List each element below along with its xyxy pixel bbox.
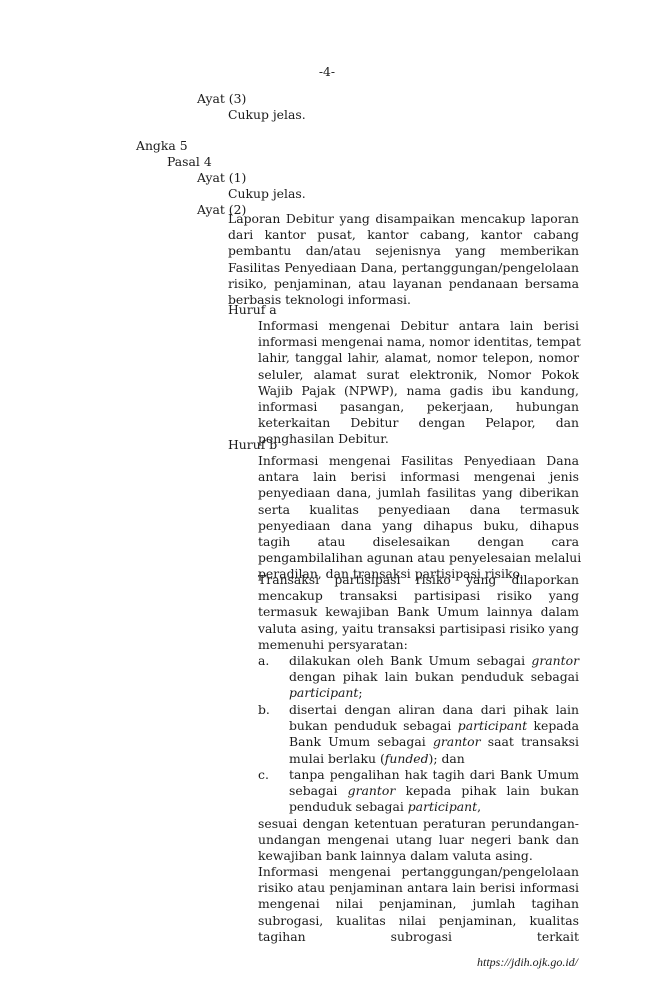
angka-5-heading: Angka 5 — [136, 138, 188, 154]
huruf-b-paragraph: Informasi mengenai Fasilitas Penyediaan … — [258, 453, 579, 583]
ayat-2-line: risiko, penjaminan, atau layanan pendana… — [228, 276, 579, 292]
huruf-b-line: pengambilalihan agunan atau penyelesaian… — [258, 550, 579, 566]
huruf-a-line: lahir, tanggal lahir, alamat, nomor tele… — [258, 350, 579, 366]
huruf-a-line: Wajib Pajak (NPWP), nama gadis ibu kandu… — [258, 383, 579, 399]
huruf-a-line: keterkaitan Debitur dengan Pelapor, dan — [258, 415, 579, 431]
ayat-2-paragraph: Laporan Debitur yang disampaikan mencaku… — [228, 211, 579, 308]
sesuai-ketentuan-paragraph: sesuai dengan ketentuan peraturan perund… — [258, 816, 579, 865]
list-text: disertai dengan aliran dana dari pihak l… — [289, 702, 579, 718]
huruf-b-line: penyediaan dana yang dihapus buku, dihap… — [258, 518, 579, 534]
list-text-italic: funded — [385, 751, 429, 766]
huruf-b-line: antara lain berisi informasi mengenai je… — [258, 469, 579, 485]
list-marker: a. — [258, 653, 269, 669]
ayat-3-label: Ayat (3) — [197, 91, 246, 107]
list-text-italic: grantor — [531, 653, 579, 668]
list-text: saat transaksi — [481, 734, 579, 749]
informasi-pertanggungan-paragraph: Informasi mengenai pertanggungan/pengelo… — [258, 864, 579, 945]
huruf-a-label: Huruf a — [228, 302, 277, 318]
ayat-2-line: dari kantor pusat, kantor cabang, kantor… — [228, 227, 579, 243]
list-text-italic: participant — [408, 799, 477, 814]
huruf-a-line: informasi pasangan, pekerjaan, hubungan — [258, 399, 579, 415]
huruf-a-line: penghasilan Debitur. — [258, 431, 579, 447]
pertanggungan-line: Informasi mengenai pertanggungan/pengelo… — [258, 864, 579, 880]
list-text: sebagai — [289, 783, 348, 798]
list-text: tanpa pengalihan hak tagih dari Bank Umu… — [289, 767, 579, 783]
list-text: ); dan — [429, 751, 465, 766]
page-number: -4- — [0, 64, 654, 80]
list-text: kepada pihak lain bukan — [395, 783, 579, 798]
huruf-a-paragraph: Informasi mengenai Debitur antara lain b… — [258, 318, 579, 448]
ayat-2-line: Laporan Debitur yang disampaikan mencaku… — [228, 211, 579, 227]
list-text: kepada — [527, 718, 579, 733]
list-text: mulai berlaku ( — [289, 751, 385, 766]
transaksi-partisipasi-paragraph: Transaksi partisipasi risiko yang dilapo… — [258, 572, 579, 653]
huruf-b-line: serta kualitas penyediaan dana termasuk — [258, 502, 579, 518]
pertanggungan-line: risiko atau penjaminan antara lain beris… — [258, 880, 579, 896]
huruf-b-line: penyediaan dana, jumlah fasilitas yang d… — [258, 485, 579, 501]
footer-url-link[interactable]: https://jdih.ojk.go.id/ — [477, 955, 578, 969]
list-text-italic: grantor — [348, 783, 396, 798]
list-text: dengan pihak lain bukan penduduk sebagai — [289, 669, 579, 685]
ayat-3-text: Cukup jelas. — [228, 107, 306, 123]
sesuai-line: undangan mengenai utang luar negeri bank… — [258, 832, 579, 848]
transaksi-line: termasuk kewajiban Bank Umum lainnya dal… — [258, 604, 579, 620]
list-marker: c. — [258, 767, 269, 783]
ayat-1-text: Cukup jelas. — [228, 186, 306, 202]
huruf-b-line: tagih atau diselesaikan dengan cara — [258, 534, 579, 550]
ayat-2-line: Fasilitas Penyediaan Dana, pertanggungan… — [228, 260, 579, 276]
list-text: Bank Umum sebagai — [289, 734, 433, 749]
ayat-2-line: pembantu dan/atau sejenisnya yang member… — [228, 243, 579, 259]
huruf-b-line: Informasi mengenai Fasilitas Penyediaan … — [258, 453, 579, 469]
sesuai-line: sesuai dengan ketentuan peraturan perund… — [258, 816, 579, 832]
transaksi-line: memenuhi persyaratan: — [258, 637, 579, 653]
transaksi-line: valuta asing, yaitu transaksi partisipas… — [258, 621, 579, 637]
transaksi-line: mencakup transaksi partisipasi risiko ya… — [258, 588, 579, 604]
document-page: -4- Ayat (3) Cukup jelas. Angka 5 Pasal … — [0, 0, 654, 1000]
pertanggungan-line: subrogasi, kualitas nilai penjaminan, ku… — [258, 913, 579, 929]
huruf-a-line: informasi mengenai nama, nomor identitas… — [258, 334, 579, 350]
list-text: dilakukan oleh Bank Umum sebagai — [289, 653, 531, 668]
pertanggungan-line: mengenai nilai penjaminan, jumlah tagiha… — [258, 896, 579, 912]
pasal-4-heading: Pasal 4 — [167, 154, 212, 170]
ayat-1-label: Ayat (1) — [197, 170, 246, 186]
huruf-b-label: Huruf b — [228, 437, 277, 453]
list-text: bukan penduduk sebagai — [289, 718, 458, 733]
list-marker: b. — [258, 702, 270, 718]
transaksi-line: Transaksi partisipasi risiko yang dilapo… — [258, 572, 579, 588]
list-text: ; — [358, 685, 362, 700]
pertanggungan-line: tagihan subrogasi terkait — [258, 929, 579, 945]
ayat-2-line: berbasis teknologi informasi. — [228, 292, 579, 308]
list-text-italic: participant — [289, 685, 358, 700]
list-text: , — [477, 799, 481, 814]
list-text-italic: grantor — [433, 734, 481, 749]
huruf-a-line: Informasi mengenai Debitur antara lain b… — [258, 318, 579, 334]
huruf-a-line: seluler, alamat surat elektronik, Nomor … — [258, 367, 579, 383]
list-text: penduduk sebagai — [289, 799, 408, 814]
sesuai-line: kewajiban bank lainnya dalam valuta asin… — [258, 848, 579, 864]
list-text-italic: participant — [458, 718, 527, 733]
